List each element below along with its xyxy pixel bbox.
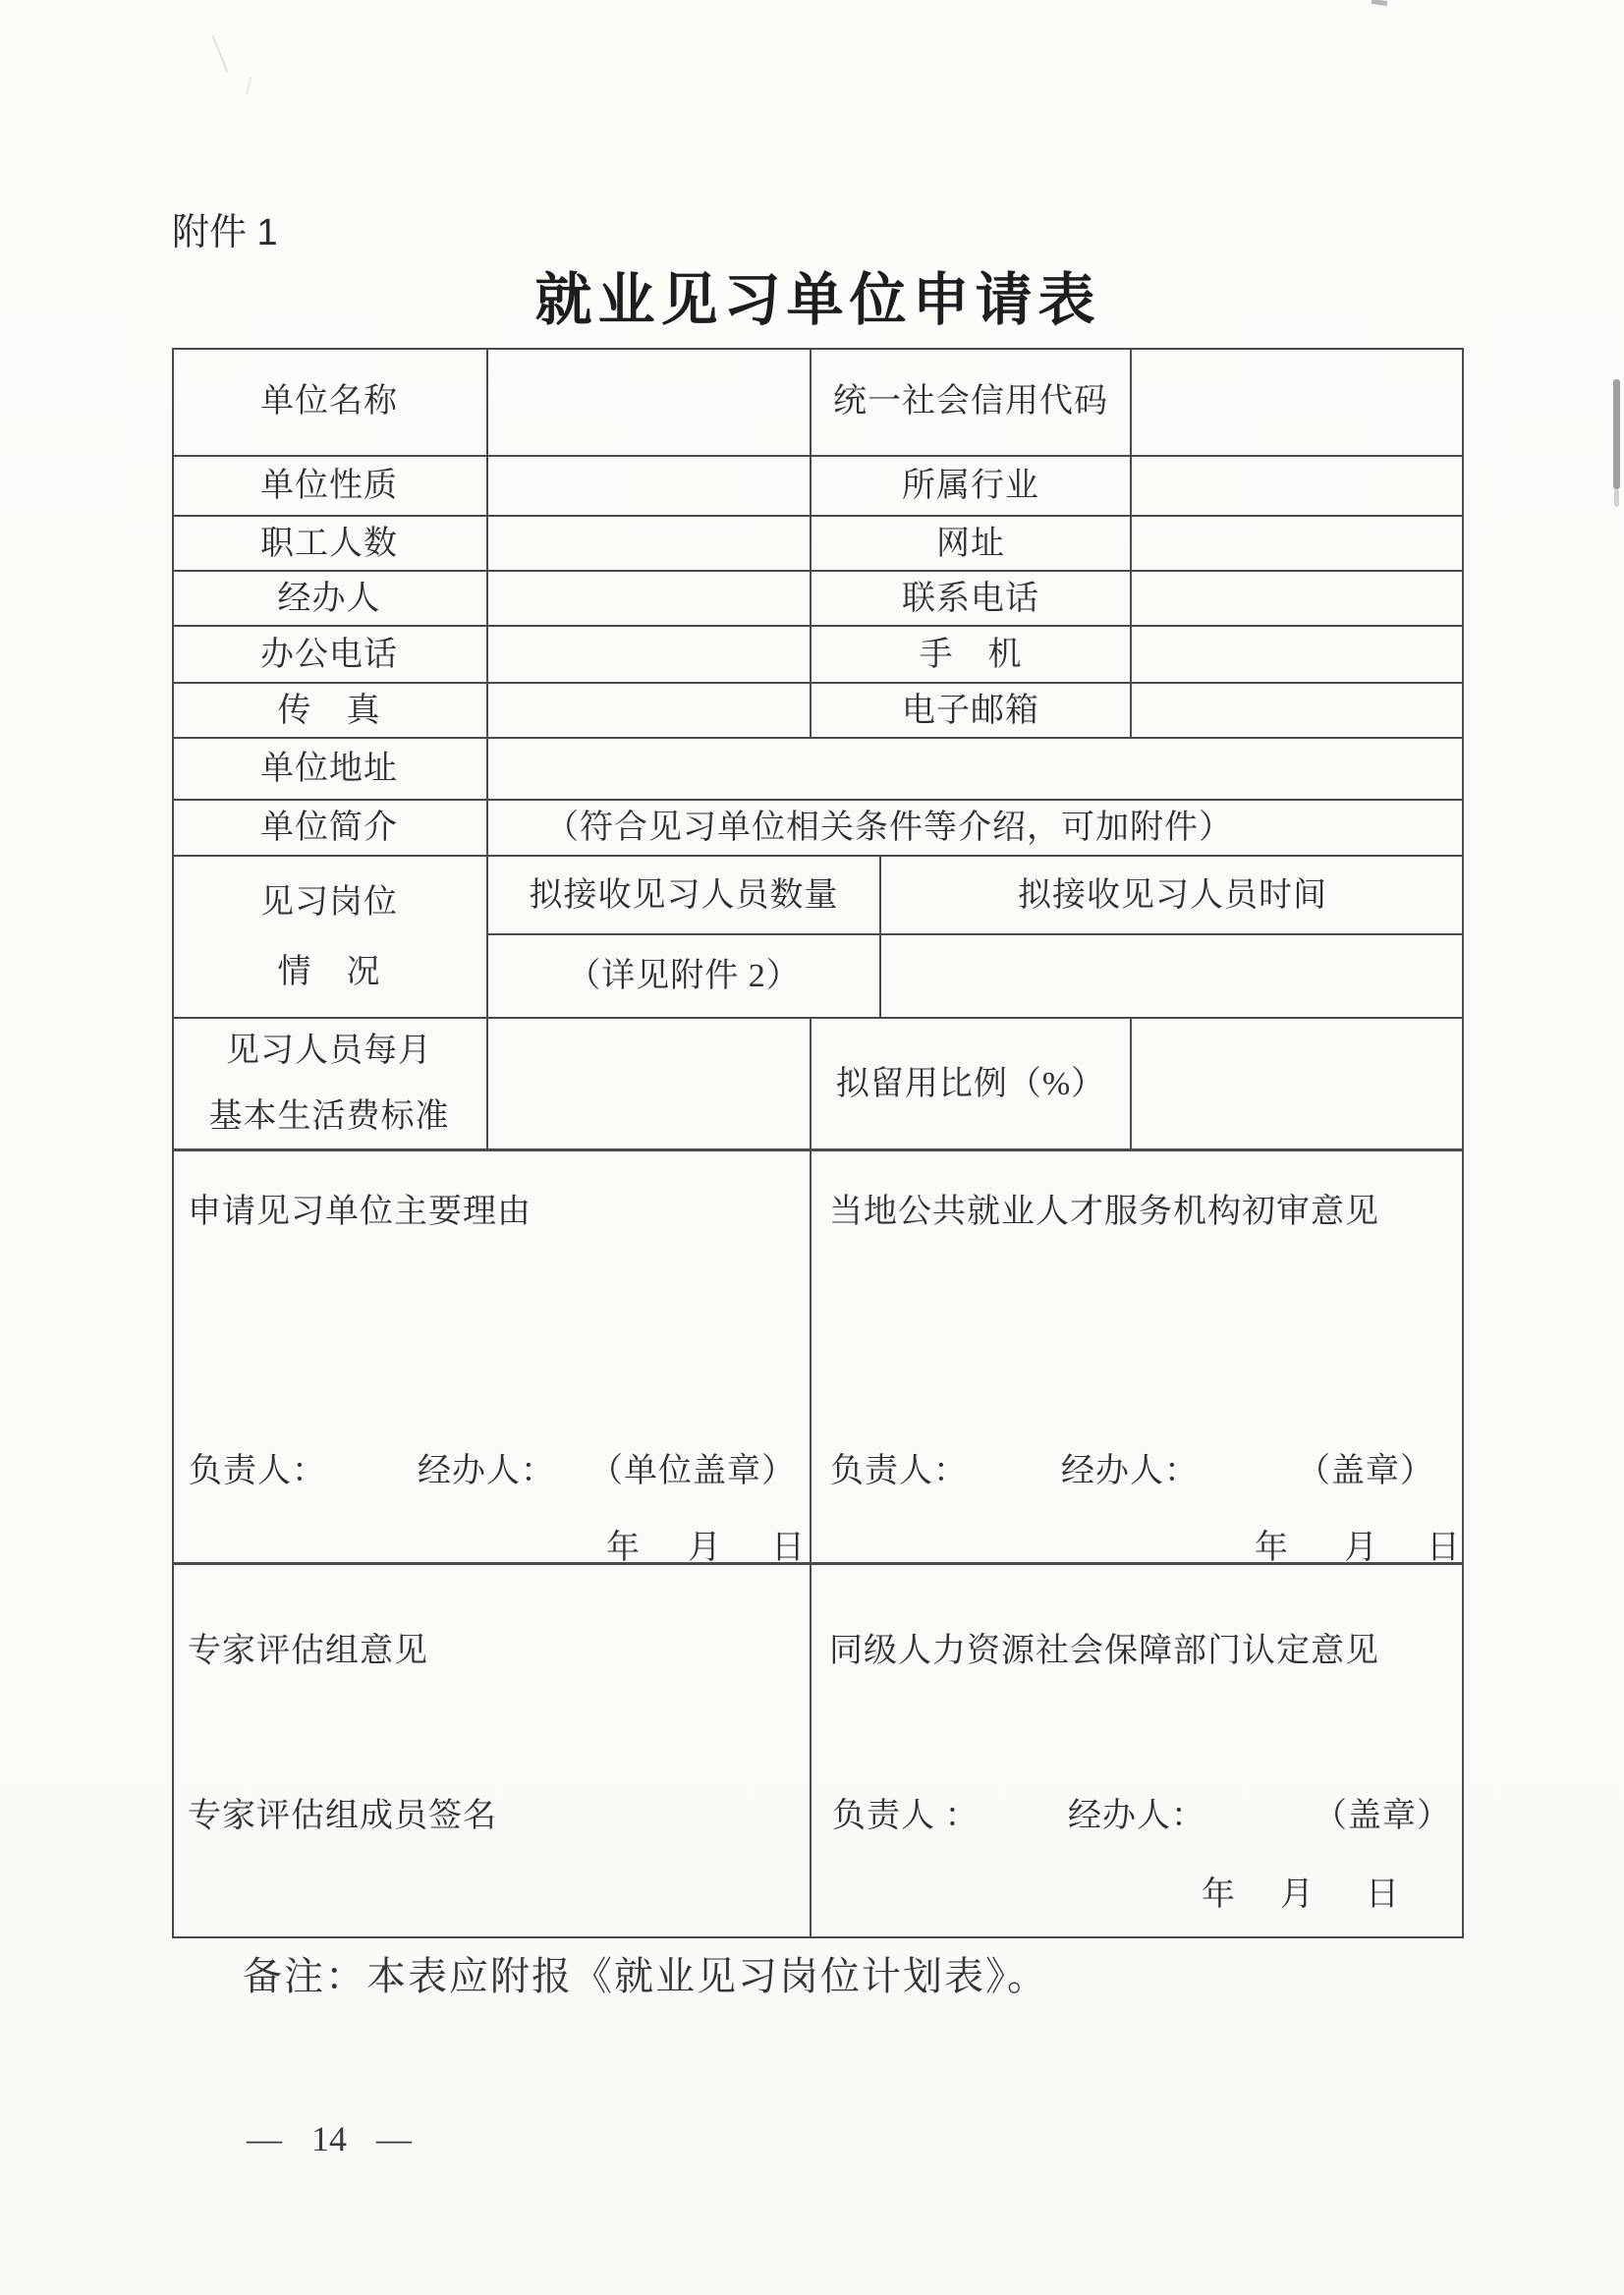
allowance-value [488, 1019, 812, 1151]
scan-streak-artifact-2 [1614, 489, 1619, 507]
contact-phone-label: 联系电话 [812, 572, 1132, 627]
website-label: 网址 [812, 517, 1132, 572]
industry-label: 所属行业 [812, 457, 1132, 517]
attachment-label: 附件 1 [172, 201, 278, 255]
post-section-label-line2: 情 况 [278, 947, 381, 997]
apply-reason-title: 申请见习单位主要理由 [188, 1187, 532, 1237]
intern-count-header: 拟接收见习人员数量 [488, 857, 881, 935]
unit-name-value [488, 348, 812, 457]
expert-opinion-title: 专家评估组意见 [188, 1626, 428, 1676]
allowance-label-line2: 基本生活费标准 [209, 1092, 450, 1142]
hr-approval-cell: 同级人力资源社会保障部门认定意见 负责人 ： 经办人： （盖章） 年 月 日 [812, 1565, 1464, 1938]
page-number-dash-right: — [376, 2118, 412, 2159]
expert-sign-label: 专家评估组成员签名 [188, 1791, 497, 1841]
page-number-dash-left: — [247, 2118, 282, 2159]
apply-unit-seal-label: （单位盖章） [589, 1446, 796, 1496]
apply-reason-cell: 申请见习单位主要理由 负责人： 经办人： （单位盖章） 年 月 日 [172, 1151, 812, 1565]
review-handler-label: 经办人： [1061, 1446, 1199, 1496]
credit-code-value [1132, 348, 1464, 457]
unit-type-label: 单位性质 [172, 457, 488, 517]
industry-value [1132, 457, 1464, 517]
scan-smudge-artifact [212, 26, 252, 73]
scan-tick-artifact [1372, 0, 1388, 6]
handler-label: 经办人 [172, 572, 488, 627]
initial-review-title: 当地公共就业人才服务机构初审意见 [829, 1187, 1379, 1237]
post-section-label: 见习岗位 情 况 [172, 857, 488, 1019]
page-title: 就业见习单位申请表 [172, 253, 1464, 336]
office-phone-value [488, 627, 812, 684]
scanned-form-page: { "page": { "attachment": "附件 1", "title… [0, 0, 1624, 2295]
email-value [1132, 684, 1464, 739]
review-seal-label: （盖章） [1297, 1446, 1434, 1496]
unit-name-label: 单位名称 [172, 348, 488, 457]
approval-date-year: 年 [1202, 1870, 1236, 1920]
handler-value [488, 572, 812, 627]
application-form-table: 单位名称 统一社会信用代码 单位性质 所属行业 职工人数 网址 经办人 联系电话… [172, 348, 1464, 1938]
approval-responsible-label: 负责人 ： [832, 1791, 980, 1841]
website-value [1132, 517, 1464, 572]
staff-count-label: 职工人数 [172, 517, 488, 572]
approval-date-day: 日 [1366, 1870, 1400, 1920]
fax-label: 传 真 [172, 684, 488, 739]
contact-phone-value [1132, 572, 1464, 627]
scan-smudge-artifact-2 [246, 77, 265, 98]
page-number: — 14 — [192, 2118, 467, 2159]
initial-review-cell: 当地公共就业人才服务机构初审意见 负责人： 经办人： （盖章） 年 月 日 [812, 1151, 1464, 1565]
apply-responsible-label: 负责人： [189, 1446, 326, 1496]
post-section-label-line1: 见习岗位 [260, 877, 398, 927]
approval-seal-label: （盖章） [1314, 1791, 1451, 1841]
intern-time-header: 拟接收见习人员时间 [881, 857, 1464, 935]
allowance-label: 见习人员每月 基本生活费标准 [172, 1019, 488, 1151]
approval-handler-label: 经办人： [1068, 1791, 1205, 1841]
retention-ratio-value [1132, 1019, 1464, 1151]
retention-ratio-label: 拟留用比例（%） [812, 1019, 1132, 1151]
unit-address-label: 单位地址 [172, 739, 488, 801]
office-phone-label: 办公电话 [172, 627, 488, 684]
intern-count-value: （详见附件 2） [488, 935, 881, 1019]
unit-type-value [488, 457, 812, 517]
fax-value [488, 684, 812, 739]
credit-code-label: 统一社会信用代码 [812, 348, 1132, 457]
page-number-value: 14 [311, 2118, 347, 2159]
email-label: 电子邮箱 [812, 684, 1132, 739]
unit-intro-value: （符合见习单位相关条件等介绍，可加附件） [488, 801, 1464, 857]
allowance-label-line1: 见习人员每月 [226, 1026, 432, 1076]
mobile-value [1132, 627, 1464, 684]
review-responsible-label: 负责人： [830, 1446, 968, 1496]
unit-intro-label: 单位简介 [172, 801, 488, 857]
intern-time-value [881, 935, 1464, 1019]
note-line: 备注：本表应附报《就业见习岗位计划表》。 [243, 1945, 1048, 2001]
unit-address-value [488, 739, 1464, 801]
approval-date-month: 月 [1280, 1870, 1315, 1920]
mobile-label: 手 机 [812, 627, 1132, 684]
scan-streak-artifact [1613, 379, 1620, 489]
apply-handler-label: 经办人： [418, 1446, 555, 1496]
hr-approval-title: 同级人力资源社会保障部门认定意见 [829, 1626, 1379, 1676]
staff-count-value [488, 517, 812, 572]
expert-opinion-cell: 专家评估组意见 专家评估组成员签名 [172, 1565, 812, 1938]
